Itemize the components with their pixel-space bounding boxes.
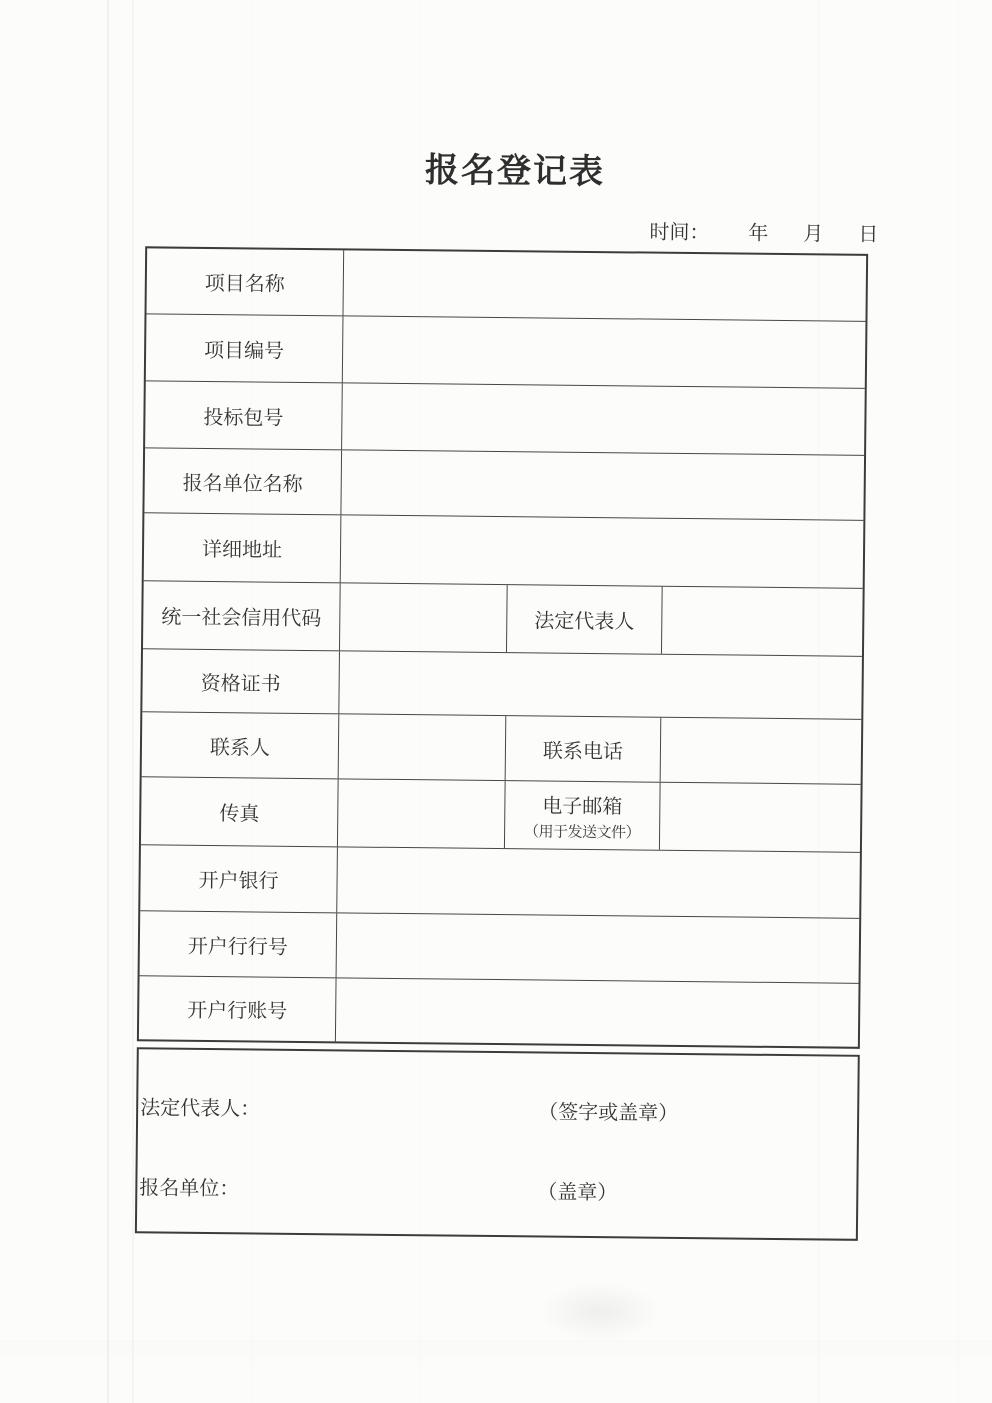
row-label-cell: 联系人	[142, 712, 340, 778]
row-label-cell: 项目编号	[146, 314, 344, 382]
date-month-label: 月	[803, 223, 823, 245]
row-label: 联系人	[210, 731, 270, 761]
row-label: 传真	[219, 797, 259, 826]
table-row-contact-person-phone: 联系人 联系电话	[142, 712, 862, 785]
row-label-cell: 报名单位名称	[144, 448, 342, 514]
row-value-cell	[341, 450, 864, 519]
row-label: 统一社会信用代码	[161, 600, 321, 631]
row-label: 项目名称	[205, 267, 285, 297]
applicant-unit-signature-line: 报名单位： （盖章）	[139, 1171, 839, 1207]
row-label: 投标包号	[203, 400, 283, 430]
table-row-bank-branch-number: 开户行行号	[140, 911, 860, 984]
row-label-cell: 资格证书	[142, 649, 340, 713]
row-label-cell: 投标包号	[145, 381, 343, 449]
legal-representative-signature-line: 法定代表人： （签字或盖章）	[140, 1091, 840, 1127]
table-row-project-number: 项目编号	[146, 314, 866, 389]
row-label: 开户行行号	[188, 929, 288, 959]
table-row-qualification-certificate: 资格证书	[142, 649, 862, 720]
row-label: 详细地址	[202, 533, 282, 563]
row-label-cell: 开户银行	[140, 845, 338, 912]
date-day-label: 日	[858, 224, 878, 246]
row-label-cell: 统一社会信用代码	[143, 581, 341, 650]
row-value-cell	[337, 913, 860, 982]
row-label-cell: 传真	[141, 777, 339, 846]
row-value-cell	[343, 316, 866, 387]
date-label: 时间：	[649, 222, 709, 245]
table-row-applicant-unit-name: 报名单位名称	[144, 448, 864, 521]
row-second-value-cell	[662, 587, 863, 656]
table-row-bank-name: 开户银行	[140, 845, 860, 919]
row-value-cell	[343, 250, 866, 320]
row-value-cell	[342, 383, 865, 454]
row-second-label-cell: 电子邮箱 （用于发送文件）	[505, 781, 661, 850]
row-label-cell: 项目名称	[147, 248, 345, 315]
row-label-cell: 详细地址	[144, 513, 342, 582]
row-label: 开户银行	[198, 864, 278, 894]
signature-section: 法定代表人： （签字或盖章） 报名单位： （盖章）	[135, 1047, 860, 1241]
row-label-cell: 开户行行号	[140, 911, 338, 977]
table-row-credit-code-legal-rep: 统一社会信用代码 法定代表人	[143, 581, 863, 657]
table-row-detailed-address: 详细地址	[144, 513, 864, 589]
row-second-value-cell	[661, 718, 862, 784]
page-title: 报名登记表	[5, 138, 992, 198]
row-value-cell	[336, 978, 859, 1046]
row-label: 开户行账号	[187, 994, 287, 1024]
row-second-label-cell: 法定代表人	[507, 585, 663, 654]
registration-form-table: 项目名称 项目编号 投标包号 报名单位名称 详细地址 统一社会信用代码	[137, 246, 868, 1049]
table-row-bank-account-number: 开户行账号	[139, 976, 859, 1047]
row-second-value-cell	[660, 783, 861, 852]
date-year-label: 年	[748, 223, 768, 245]
table-row-bid-package-number: 投标包号	[145, 381, 865, 456]
row-value-cell	[338, 779, 506, 848]
row-second-label: 电子邮箱	[542, 789, 622, 819]
row-value-cell	[337, 847, 860, 917]
row-second-label: 法定代表人	[534, 604, 634, 634]
row-second-label-cell: 联系电话	[506, 716, 662, 782]
row-label-cell: 开户行账号	[139, 976, 337, 1041]
row-label: 项目编号	[204, 333, 284, 363]
date-line: 时间： 年 月 日	[649, 216, 878, 247]
row-second-label: 联系电话	[543, 734, 623, 764]
row-value-cell	[339, 714, 507, 780]
scanned-page: 报名登记表 时间： 年 月 日 项目名称 项目编号 投标包号 报名单位名称	[0, 0, 992, 1403]
legal-representative-note: （签字或盖章）	[538, 1095, 678, 1125]
row-value-cell	[341, 515, 864, 587]
row-value-cell	[340, 583, 508, 652]
row-second-label-note: （用于发送文件）	[524, 820, 640, 842]
applicant-unit-note: （盖章）	[537, 1175, 617, 1205]
row-value-cell	[339, 651, 862, 718]
table-row-fax-email: 传真 电子邮箱 （用于发送文件）	[141, 777, 861, 853]
legal-representative-label: 法定代表人：	[140, 1097, 260, 1120]
table-row-project-name: 项目名称	[146, 248, 866, 322]
row-label: 报名单位名称	[183, 466, 303, 496]
page-content: 报名登记表 时间： 年 月 日 项目名称 项目编号 投标包号 报名单位名称	[0, 0, 992, 1403]
row-label: 资格证书	[201, 666, 281, 696]
applicant-unit-label: 报名单位：	[139, 1177, 239, 1200]
